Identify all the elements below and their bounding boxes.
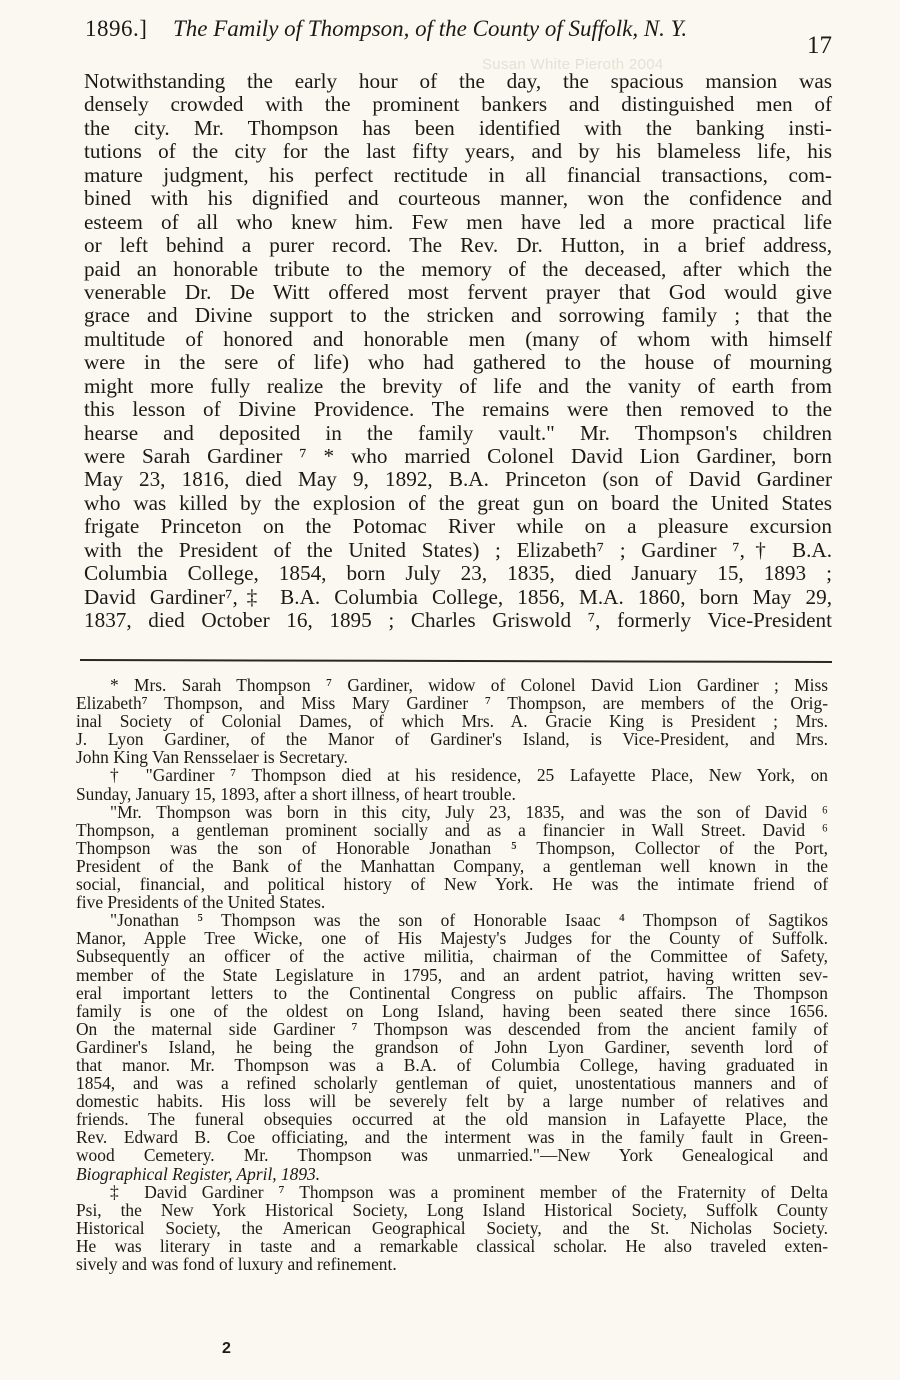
footnotes: * Mrs. Sarah Thompson ⁷ Gardiner, widow … (76, 676, 828, 1273)
footnote-line: friends. The funeral obsequies occurred … (76, 1110, 828, 1128)
footnote-line: Psi, the New York Historical Society, Lo… (76, 1201, 828, 1219)
footnote-line: Sunday, January 15, 1893, after a short … (76, 785, 828, 803)
footnote-line: 1854, and was a refined scholarly gentle… (76, 1074, 828, 1092)
body-line: hearse and deposited in the family vault… (84, 422, 832, 445)
footnote-line: social, financial, and political history… (76, 875, 828, 893)
body-line: Notwithstanding the early hour of the da… (84, 70, 832, 93)
body-line: esteem of all who knew him. Few men have… (84, 211, 832, 234)
footnote-line: Thompson was the son of Honorable Jonath… (76, 839, 828, 857)
running-head: 1896.] The Family of Thompson, of the Co… (85, 14, 845, 54)
footnote-line: family is one of the oldest on Long Isla… (76, 1002, 828, 1020)
body-line: 1837, died October 16, 1895 ; Charles Gr… (84, 609, 832, 632)
footnote-line: domestic habits. His loss will be severe… (76, 1092, 828, 1110)
footnote-divider-rule (80, 659, 832, 663)
footnote-line: member of the State Legislature in 1795,… (76, 966, 828, 984)
footnote-line: "Mr. Thompson was born in this city, Jul… (76, 803, 828, 821)
footnote-line: President of the Bank of the Manhattan C… (76, 857, 828, 875)
footnote-line: On the maternal side Gardiner ⁷ Thompson… (76, 1020, 828, 1038)
footnote-line: five Presidents of the United States. (76, 893, 828, 911)
document-page: 1896.] The Family of Thompson, of the Co… (0, 0, 900, 1380)
footnote-line: He was literary in taste and a remarkabl… (76, 1237, 828, 1255)
body-line: May 23, 1816, died May 9, 1892, B.A. Pri… (84, 468, 832, 491)
footnote-line: wood Cemetery. Mr. Thompson was unmarrie… (76, 1146, 828, 1164)
body-line: with the President of the United States)… (84, 539, 832, 562)
footnote-line: J. Lyon Gardiner, of the Manor of Gardin… (76, 730, 828, 748)
body-line: were in the sere of life) who had gather… (84, 351, 832, 374)
body-line: might more fully realize the brevity of … (84, 375, 832, 398)
body-line: mature judgment, his perfect rectitude i… (84, 164, 832, 187)
footnote-line: eral important letters to the Continenta… (76, 984, 828, 1002)
footnote-line: "Jonathan ⁵ Thompson was the son of Hono… (76, 911, 828, 929)
footnote-line: * Mrs. Sarah Thompson ⁷ Gardiner, widow … (76, 676, 828, 694)
body-line: the city. Mr. Thompson has been identifi… (84, 117, 832, 140)
footnote-citation-line: Biographical Register, April, 1893. (76, 1165, 828, 1183)
footnote-line: inal Society of Colonial Dames, of which… (76, 712, 828, 730)
footnote-line: Subsequently an officer of the active mi… (76, 947, 828, 965)
body-line: Columbia College, 1854, born July 23, 18… (84, 562, 832, 585)
footnote-double-dagger: ‡ David Gardiner ⁷ Thompson was a promin… (76, 1183, 828, 1273)
body-line: venerable Dr. De Witt offered most ferve… (84, 281, 832, 304)
footnote-line: ‡ David Gardiner ⁷ Thompson was a promin… (76, 1183, 828, 1201)
running-head-year: 1896.] (85, 16, 147, 42)
body-line: grace and Divine support to the stricken… (84, 304, 832, 327)
body-line: this lesson of Divine Providence. The re… (84, 398, 832, 421)
running-head-title: The Family of Thompson, of the County of… (173, 16, 687, 42)
body-line: bined with his dignified and courteous m… (84, 187, 832, 210)
body-line: David Gardiner⁷,‡ B.A. Columbia College,… (84, 586, 832, 609)
signature-mark: 2 (222, 1340, 231, 1358)
body-line: densely crowded with the prominent banke… (84, 93, 832, 116)
footnote-line: Rev. Edward B. Coe officiating, and the … (76, 1128, 828, 1146)
body-line: or left behind a purer record. The Rev. … (84, 234, 832, 257)
body-line: frigate Princeton on the Potomac River w… (84, 515, 832, 538)
footnote-line: Gardiner's Island, he being the grandson… (76, 1038, 828, 1056)
footnote-line: sively and was fond of luxury and refine… (76, 1255, 828, 1273)
page-number: 17 (807, 32, 832, 60)
body-line: tutions of the city for the last fifty y… (84, 140, 832, 163)
footnote-dagger: † "Gardiner ⁷ Thompson died at his resid… (76, 766, 828, 1182)
footnote-line: Elizabeth⁷ Thompson, and Miss Mary Gardi… (76, 694, 828, 712)
footnote-line: † "Gardiner ⁷ Thompson died at his resid… (76, 766, 828, 784)
body-line: paid an honorable tribute to the memory … (84, 258, 832, 281)
main-body-text: Notwithstanding the early hour of the da… (84, 70, 832, 633)
footnote-line: Manor, Apple Tree Wicke, one of His Maje… (76, 929, 828, 947)
body-line: who was killed by the explosion of the g… (84, 492, 832, 515)
body-line: multitude of honored and honorable men (… (84, 328, 832, 351)
body-line: were Sarah Gardiner ⁷ * who married Colo… (84, 445, 832, 468)
footnote-asterisk: * Mrs. Sarah Thompson ⁷ Gardiner, widow … (76, 676, 828, 766)
footnote-line: Historical Society, the American Geograp… (76, 1219, 828, 1237)
footnote-line: Thompson, a gentleman prominent socially… (76, 821, 828, 839)
footnote-line: John King Van Rensselaer is Secretary. (76, 748, 828, 766)
footnote-line: that manor. Mr. Thompson was a B.A. of C… (76, 1056, 828, 1074)
